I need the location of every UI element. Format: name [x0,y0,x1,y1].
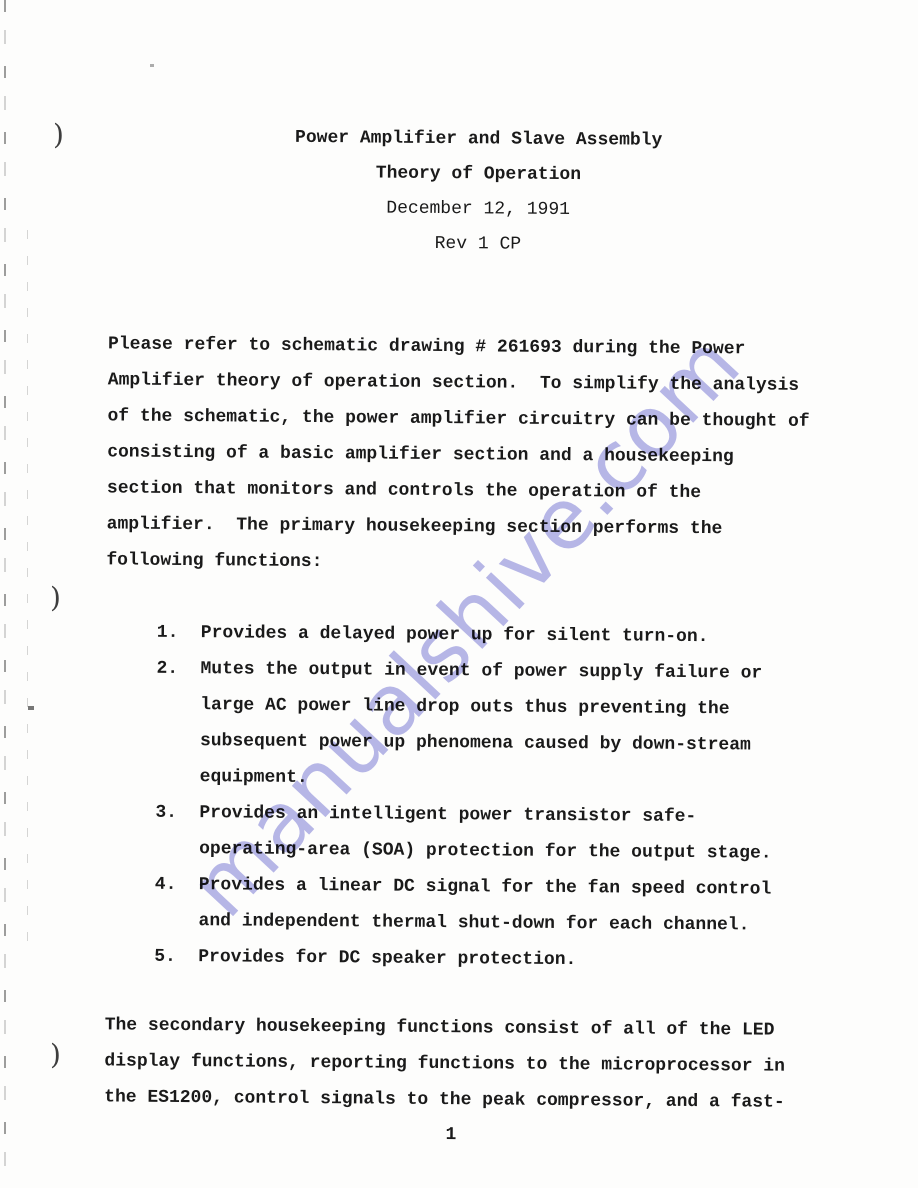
list-item-text: subsequent power up phenomena caused by … [200,723,751,763]
list-item: 1. Provides a delayed power up for silen… [0,614,773,656]
list-item-number: 1. [157,615,201,651]
text-line: following functions: [106,542,808,584]
list-item: 5. Provides for DC speaker protection. [0,938,771,980]
paragraph-intro: Please refer to schematic drawing # 2616… [106,326,810,584]
page-number: 1 [0,1121,910,1148]
text-line: of the schematic, the power amplifier ci… [107,398,809,440]
paragraph-secondary: The secondary housekeeping functions con… [104,1007,785,1120]
list-item-text: Provides for DC speaker protection. [198,939,576,978]
list-item-continuation: large AC power line drop outs thus preve… [0,686,773,728]
text-line: display functions, reporting functions t… [104,1043,785,1084]
list-item-text: Mutes the output in event of power suppl… [200,651,762,691]
text-line: Please refer to schematic drawing # 2616… [108,326,810,368]
list-item-continuation: subsequent power up phenomena caused by … [0,722,773,764]
list-item-text: Provides a linear DC signal for the fan … [199,867,772,907]
text-line: amplifier. The primary housekeeping sect… [107,506,809,548]
list-item-text: large AC power line drop outs thus preve… [200,687,730,727]
list-item-text: operating-area (SOA) protection for the … [199,831,772,871]
text-line: Amplifier theory of operation section. T… [108,362,810,404]
list-item-number: 2. [156,651,200,687]
text-line: the ES1200, control signals to the peak … [104,1079,785,1120]
list-item: 2. Mutes the output in event of power su… [0,650,773,692]
list-item: 3. Provides an intelligent power transis… [0,794,772,836]
list-item-continuation: operating-area (SOA) protection for the … [0,830,772,872]
scanned-document-page: ) ) ) Power Amplifier and Slave Assembly… [0,0,918,1188]
document-revision: Rev 1 CP [19,224,918,266]
list-item-number: 3. [155,795,199,831]
list-item-text: Provides a delayed power up for silent t… [201,615,709,655]
list-item-continuation: equipment. [0,758,772,800]
numbered-function-list: 1. Provides a delayed power up for silen… [0,614,773,980]
list-item-number: 5. [154,939,198,975]
document-content: Power Amplifier and Slave Assembly Theor… [0,0,918,1188]
list-item-continuation: and independent thermal shut-down for ea… [0,902,771,944]
text-line: The secondary housekeeping functions con… [105,1007,786,1048]
document-header: Power Amplifier and Slave Assembly Theor… [19,119,918,266]
list-item: 4. Provides a linear DC signal for the f… [0,866,771,908]
text-line: section that monitors and controls the o… [107,470,809,512]
list-item-text: equipment. [200,759,308,796]
list-item-text: Provides an intelligent power transistor… [199,795,696,835]
text-line: consisting of a basic amplifier section … [107,434,809,476]
list-item-text: and independent thermal shut-down for ea… [198,903,749,943]
list-item-number: 4. [155,867,199,903]
